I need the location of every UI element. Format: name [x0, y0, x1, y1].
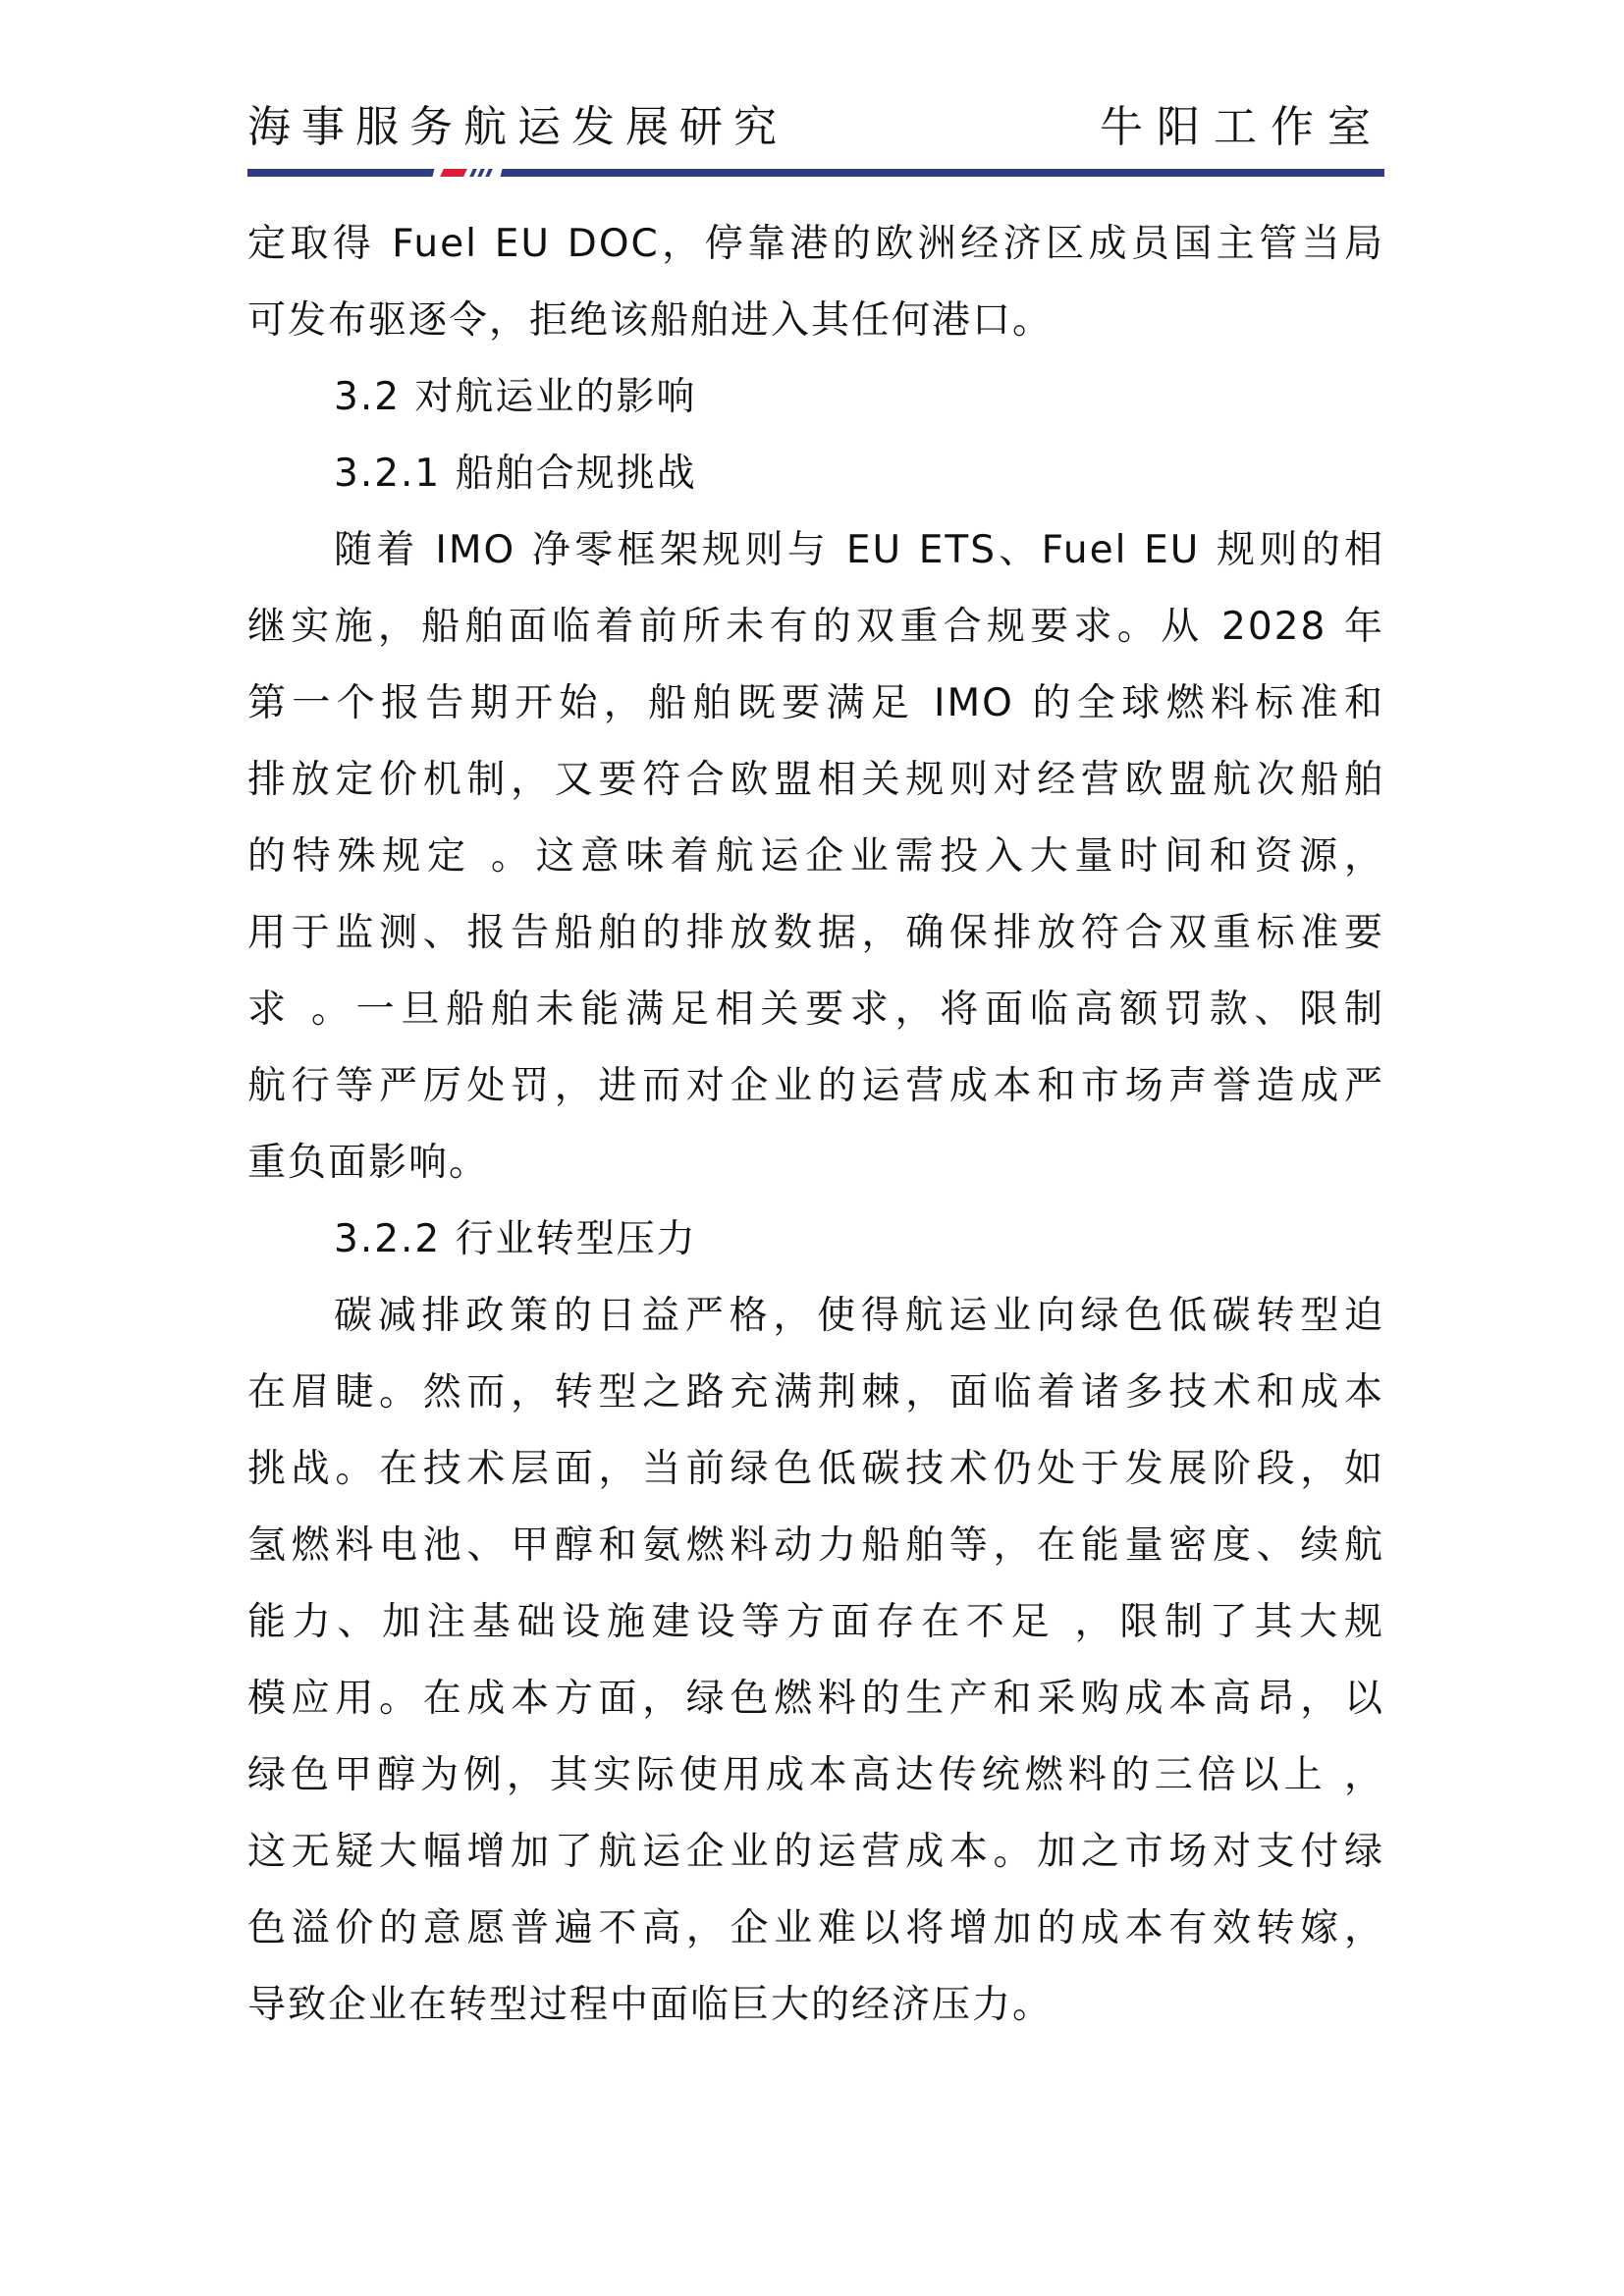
body-line: 的特殊规定 。这意味着航运企业需投入大量时间和资源，: [247, 819, 1384, 895]
header-rule-accent: [432, 167, 503, 179]
body-line: 这无疑大幅增加了航运企业的运营成本。加之市场对支付绿: [247, 1814, 1384, 1891]
page-header: 海事服务航运发展研究 牛阳工作室: [247, 98, 1384, 157]
body-line: 定取得 Fuel EU DOC，停靠港的欧洲经济区成员国主管当局: [247, 206, 1384, 283]
header-rule: [247, 169, 1384, 177]
body-line: 第一个报告期开始，船舶既要满足 IMO 的全球燃料标准和: [247, 666, 1384, 742]
rule-red-stripe: [440, 169, 467, 177]
body-line: 重负面影响。: [247, 1125, 1384, 1201]
body-line: 在眉睫。然而，转型之路充满荆棘，面临着诸多技术和成本: [247, 1355, 1384, 1431]
body-line: 可发布驱逐令，拒绝该船舶进入其任何港口。: [247, 283, 1384, 359]
body-line: 随着 IMO 净零框架规则与 EU ETS、Fuel EU 规则的相: [247, 512, 1384, 589]
body-line: 排放定价机制，又要符合欧盟相关规则对经营欧盟航次船舶: [247, 742, 1384, 819]
body-line: 色溢价的意愿普遍不高，企业难以将增加的成本有效转嫁，: [247, 1891, 1384, 1967]
section-heading: 3.2 对航运业的影响: [247, 359, 1384, 436]
document-body: 定取得 Fuel EU DOC，停靠港的欧洲经济区成员国主管当局 可发布驱逐令，…: [247, 206, 1384, 2044]
body-line: 继实施，船舶面临着前所未有的双重合规要求。从 2028 年: [247, 589, 1384, 666]
body-line: 导致企业在转型过程中面临巨大的经济压力。: [247, 1967, 1384, 2044]
header-publication-title: 海事服务航运发展研究: [247, 98, 787, 157]
body-line: 挑战。在技术层面，当前绿色低碳技术仍处于发展阶段，如: [247, 1431, 1384, 1508]
body-line: 模应用。在成本方面，绿色燃料的生产和采购成本高昂，以: [247, 1661, 1384, 1737]
subsection-heading: 3.2.2 行业转型压力: [247, 1201, 1384, 1278]
header-studio-name: 牛阳工作室: [1100, 98, 1384, 157]
subsection-heading: 3.2.1 船舶合规挑战: [247, 436, 1384, 512]
body-line: 航行等严厉处罚，进而对企业的运营成本和市场声誉造成严: [247, 1048, 1384, 1125]
body-line: 求 。一旦船舶未能满足相关要求，将面临高额罚款、限制: [247, 972, 1384, 1048]
body-line: 用于监测、报告船舶的排放数据，确保排放符合双重标准要: [247, 895, 1384, 972]
body-line: 碳减排政策的日益严格，使得航运业向绿色低碳转型迫: [247, 1278, 1384, 1355]
body-line: 绿色甲醇为例，其实际使用成本高达传统燃料的三倍以上 ，: [247, 1737, 1384, 1814]
body-line: 能力、加注基础设施建设等方面存在不足 ，限制了其大规: [247, 1584, 1384, 1661]
body-line: 氢燃料电池、甲醇和氨燃料动力船舶等，在能量密度、续航: [247, 1508, 1384, 1584]
